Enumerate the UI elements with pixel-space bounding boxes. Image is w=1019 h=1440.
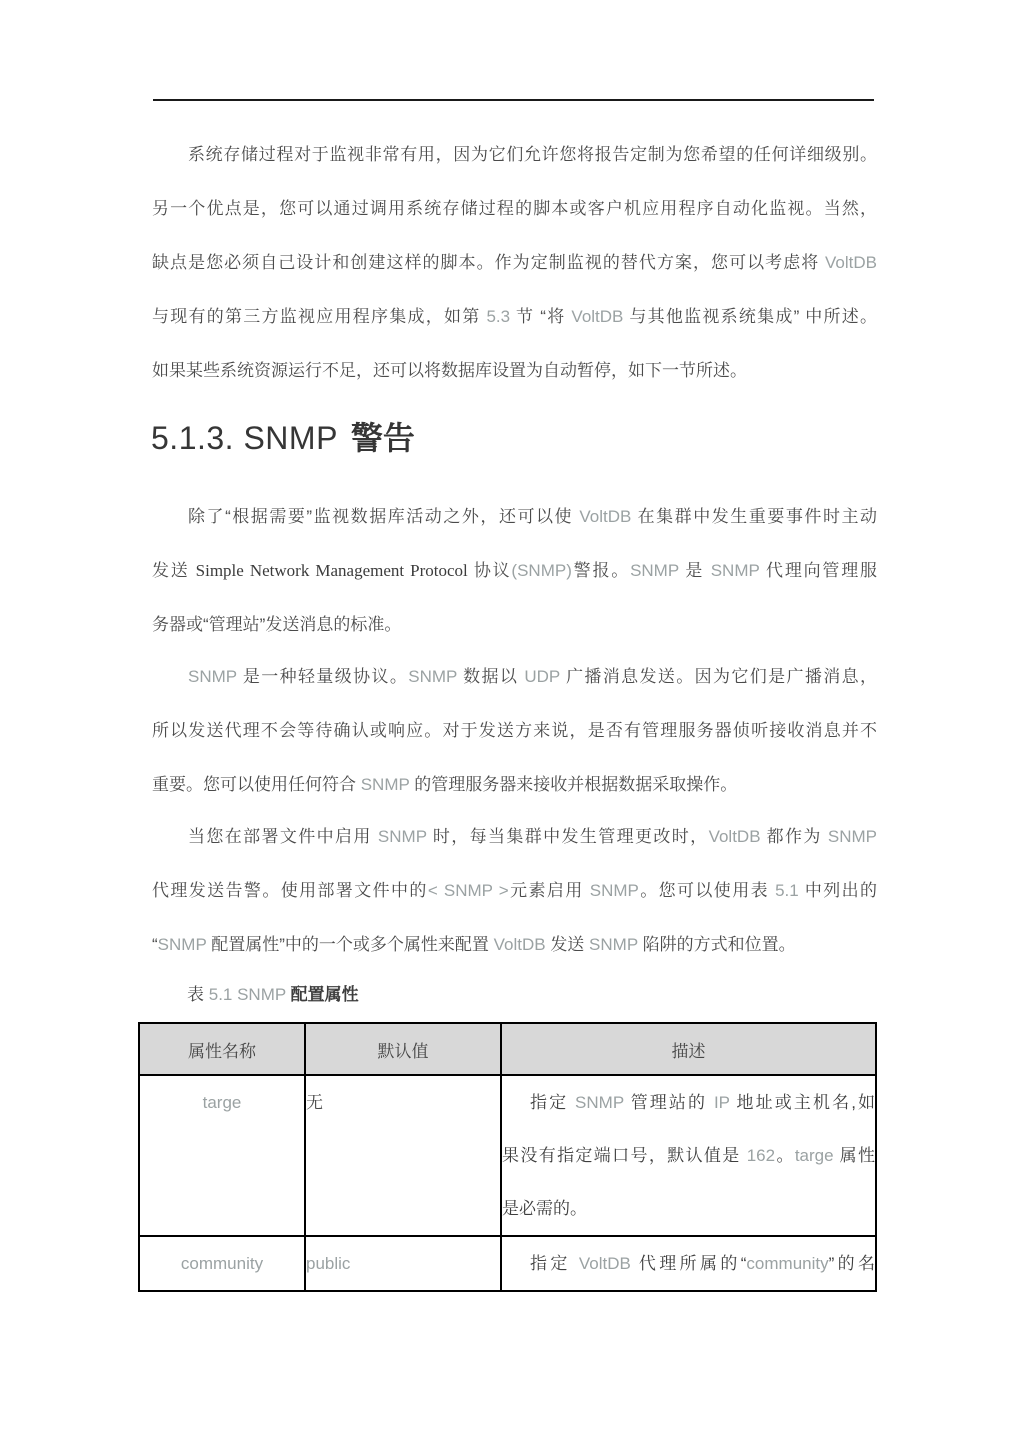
latin-text: SNMP bbox=[568, 1093, 630, 1112]
text-line: 与现有的第三方监视应用程序集成，如第 5.3 节 “将 VoltDB 与其他监视… bbox=[152, 290, 877, 344]
latin-text: VoltDB bbox=[565, 307, 629, 326]
latin-text: VoltDB bbox=[819, 253, 877, 272]
latin-text: SNMP bbox=[356, 775, 414, 794]
latin-text: community bbox=[181, 1254, 263, 1273]
text-line: 系统存储过程对于监视非常有用，因为它们允许您将报告定制为您希望的任何详细级别。 bbox=[152, 128, 877, 182]
attribute-name-cell: targe bbox=[139, 1075, 305, 1236]
default-value-cell: 无 bbox=[305, 1075, 501, 1236]
text-line: 指定 SNMP 管理站的 IP 地址或主机名,如 bbox=[502, 1076, 875, 1129]
snmp-config-table: 属性名称 默认值 描述 targe无指定 SNMP 管理站的 IP 地址或主机名… bbox=[138, 1022, 877, 1292]
column-header-attribute: 属性名称 bbox=[139, 1023, 305, 1075]
latin-text: VoltDB bbox=[571, 1254, 639, 1273]
text-line: 当您在部署文件中启用 SNMP 时，每当集群中发生管理更改时，VoltDB 都作… bbox=[152, 810, 877, 864]
text-line: 所以发送代理不会等待确认或响应。对于发送方来说，是否有管理服务器侦听接收消息并不 bbox=[152, 704, 877, 758]
latin-text: SNMP bbox=[584, 881, 639, 900]
header-rule bbox=[153, 99, 874, 101]
latin-text: SNMP bbox=[822, 827, 877, 846]
text-line: 代理发送告警。使用部署文件中的< SNMP >元素启用 SNMP。您可以使用表 … bbox=[152, 864, 877, 918]
text-line: 果没有指定端口号，默认值是 162。targe 属性 bbox=[502, 1129, 875, 1182]
caption-segment: 表 bbox=[187, 985, 209, 1004]
document-page: 系统存储过程对于监视非常有用，因为它们允许您将报告定制为您希望的任何详细级别。另… bbox=[0, 0, 1019, 1440]
text-line: 指定 VoltDB 代理所属的“community”的名 bbox=[502, 1237, 875, 1290]
latin-text: 5.1 bbox=[769, 881, 805, 900]
latin-text: SNMP bbox=[188, 667, 243, 686]
text-line: 是必需的。 bbox=[502, 1182, 875, 1235]
latin-text: 5.3 bbox=[480, 307, 516, 326]
text-line: 另一个优点是，您可以通过调用系统存储过程的脚本或客户机应用程序自动化监视。当然， bbox=[152, 182, 877, 236]
section-number: 5.1.3. SNMP bbox=[151, 420, 338, 456]
latin-text: SNMP bbox=[408, 667, 463, 686]
description-cell: 指定 VoltDB 代理所属的“community”的名 bbox=[501, 1236, 876, 1291]
latin-text: SNMP bbox=[584, 935, 642, 954]
latin-text: targe bbox=[795, 1146, 840, 1165]
table-header-row: 属性名称 默认值 描述 bbox=[139, 1023, 876, 1075]
latin-text: targe bbox=[203, 1093, 242, 1112]
paragraph-snmp-enable: 当您在部署文件中启用 SNMP 时，每当集群中发生管理更改时，VoltDB 都作… bbox=[152, 810, 877, 972]
latin-text: public bbox=[306, 1254, 350, 1273]
text-line: 发送 Simple Network Management Protocol 协议… bbox=[152, 544, 877, 598]
paragraph-snmp-overview: 除了“根据需要”监视数据库活动之外，还可以使 VoltDB 在集群中发生重要事件… bbox=[152, 490, 877, 652]
caption-segment: 配置属性 bbox=[291, 985, 359, 1004]
attribute-name-cell: community bbox=[139, 1236, 305, 1291]
paragraph-snmp-protocol: SNMP 是一种轻量级协议。SNMP 数据以 UDP 广播消息发送。因为它们是广… bbox=[152, 650, 877, 812]
latin-text: SNMP bbox=[630, 561, 685, 580]
text-line: “SNMP 配置属性”中的一个或多个属性来配置 VoltDB 发送 SNMP 陷… bbox=[152, 918, 877, 972]
latin-text: VoltDB bbox=[489, 935, 550, 954]
text-line: 缺点是您必须自己设计和创建这样的脚本。作为定制监视的替代方案，您可以考虑将 Vo… bbox=[152, 236, 877, 290]
column-header-description: 描述 bbox=[501, 1023, 876, 1075]
latin-text: SNMP bbox=[704, 561, 766, 580]
text-line: 重要。您可以使用任何符合 SNMP 的管理服务器来接收并根据数据采取操作。 bbox=[152, 758, 877, 812]
text-line: 如果某些系统资源运行不足，还可以将数据库设置为自动暂停，如下一节所述。 bbox=[152, 344, 877, 398]
text-line: 除了“根据需要”监视数据库活动之外，还可以使 VoltDB 在集群中发生重要事件… bbox=[152, 490, 877, 544]
section-heading: 5.1.3. SNMP警告 bbox=[151, 410, 415, 466]
column-header-default: 默认值 bbox=[305, 1023, 501, 1075]
table-row: targe无指定 SNMP 管理站的 IP 地址或主机名,如果没有指定端口号，默… bbox=[139, 1075, 876, 1236]
latin-text: IP bbox=[707, 1093, 736, 1112]
latin-text: < SNMP > bbox=[428, 881, 509, 900]
latin-text: SNMP bbox=[372, 827, 433, 846]
table-row: communitypublic指定 VoltDB 代理所属的“community… bbox=[139, 1236, 876, 1291]
latin-text: VoltDB bbox=[573, 507, 638, 526]
table-caption: 表 5.1 SNMP 配置属性 bbox=[187, 968, 359, 1022]
latin-text: community bbox=[746, 1254, 828, 1273]
description-cell: 指定 SNMP 管理站的 IP 地址或主机名,如果没有指定端口号，默认值是 16… bbox=[501, 1075, 876, 1236]
section-title: 警告 bbox=[351, 420, 415, 456]
default-value-cell: public bbox=[305, 1236, 501, 1291]
latin-text: UDP bbox=[518, 667, 566, 686]
caption-segment: 5.1 SNMP bbox=[209, 985, 291, 1004]
latin-text: 162 bbox=[741, 1146, 775, 1165]
latin-text: (SNMP) bbox=[511, 561, 571, 580]
text-line: SNMP 是一种轻量级协议。SNMP 数据以 UDP 广播消息发送。因为它们是广… bbox=[152, 650, 877, 704]
text-line: 务器或“管理站”发送消息的标准。 bbox=[152, 598, 877, 652]
paragraph-intro: 系统存储过程对于监视非常有用，因为它们允许您将报告定制为您希望的任何详细级别。另… bbox=[152, 128, 877, 398]
latin-text: VoltDB bbox=[709, 827, 767, 846]
latin-text: SNMP bbox=[158, 935, 212, 954]
serif-english-text: Simple Network Management Protocol bbox=[190, 561, 474, 580]
